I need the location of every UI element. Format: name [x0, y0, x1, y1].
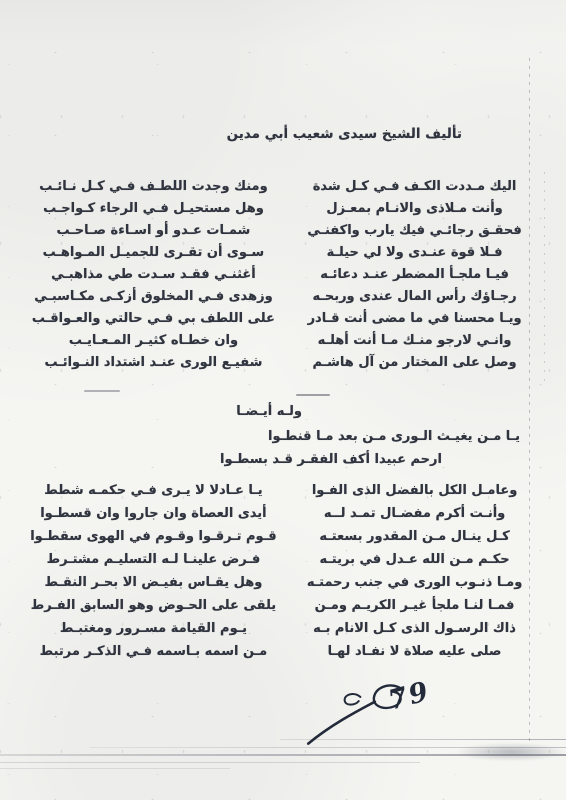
hemistich-first: فحقـق رجائـي فيك يارب واكفنـي	[289, 220, 540, 242]
scan-streak	[0, 768, 230, 769]
hemistich-first: فمـا لنـا ملجأ غيـر الكريـم ومـن	[289, 594, 540, 617]
hemistich-first: رجـاؤك رأس المال عندى وربحـه	[289, 286, 540, 308]
poem-2-opening-line-1: يـا مـن يغيـث الـورى مـن بعد مـا قنطـوا	[268, 429, 520, 444]
scan-edge-line	[529, 58, 530, 742]
hemistich-second: وهل يقـاس بفيـض الا بحـر النقـط	[28, 571, 279, 594]
scan-streak	[0, 762, 420, 763]
hemistich-first: اليك مـددت الكـف فـي كـل شدة	[289, 176, 540, 198]
attribution-title: تأليف الشيخ سيدى شعيب أبي مدين	[227, 126, 462, 142]
verse-row: وانـي لارجو منـك مـا أنت أهلـهوان خطـاه …	[28, 330, 540, 352]
separator-dash	[84, 390, 120, 392]
verse-row: فحقـق رجائـي فيك يارب واكفنـيشمـات عـدو …	[28, 220, 540, 242]
verse-row: فمـا لنـا ملجأ غيـر الكريـم ومـنيلقى على…	[28, 594, 540, 617]
verse-row: حكـم مـن الله عـدل في بريتـهفـرض علينـا …	[28, 548, 540, 571]
poem-1: اليك مـددت الكـف فـي كـل شدةومنك وجدت ال…	[28, 176, 540, 374]
verse-row: رجـاؤك رأس المال عندى وربحـهوزهدى فـي ال…	[28, 286, 540, 308]
hemistich-first: ومـا ذنـوب الورى في جنب رحمتـه	[289, 571, 540, 594]
hemistich-second: أيدى العصاة وان جاروا وان قسطـوا	[28, 502, 279, 525]
verse-row: وأنـت أكرم مفضـال تمـد لــهأيدى العصاة و…	[28, 502, 540, 525]
hemistich-second: يـوم القيامة مسـرور ومغتبـط	[28, 617, 279, 640]
verse-row: وصل على المختار من آل هاشـمشفيـع الورى ع…	[28, 352, 540, 374]
hemistich-first: فيـا ملجـأ المضطر عنـد دعائـه	[289, 264, 540, 286]
hemistich-first: ويـا محسنا في ما مضى أنت قـادر	[289, 308, 540, 330]
section-heading: ولـه أيـضـا	[236, 404, 302, 419]
hemistich-second: وهل مستحيـل فـي الرجاء كـواجـب	[28, 198, 279, 220]
verse-row: صلى عليه صلاة لا نفـاد لهـامـن اسمه بـاس…	[28, 640, 540, 663]
hemistich-second: ومنك وجدت اللطـف فـي كـل نـائـب	[28, 176, 279, 198]
hemistich-second: شمـات عـدو أو اسـاءة صـاحـب	[28, 220, 279, 242]
hemistich-second: على اللطف بي فـي حالتي والعـواقـب	[28, 308, 279, 330]
verse-row: فيـا ملجـأ المضطر عنـد دعائـهأغثنـي فقـد…	[28, 264, 540, 286]
hemistich-first: وأنت مـلاذى والانـام بمعـزل	[289, 198, 540, 220]
hemistich-second: شفيـع الورى عنـد اشتداد النـوائـب	[28, 352, 279, 374]
verse-row: ذاك الرسـول الذى كـل الانام بـهيـوم القي…	[28, 617, 540, 640]
hemistich-first: صلى عليه صلاة لا نفـاد لهـا	[289, 640, 540, 663]
poem-2-opening-line-2: ارحم عبيدا أكف الفقـر قـد بسطـوا	[220, 452, 442, 467]
scanned-page: تأليف الشيخ سيدى شعيب أبي مدين اليك مـدد…	[0, 0, 566, 800]
hemistich-second: مـن اسمه بـاسمه فـي الذكـر مرتبط	[28, 640, 279, 663]
hemistich-second: قـوم تـرقـوا وقـوم في الهوى سقطـوا	[28, 525, 279, 548]
hemistich-second: سـوى أن تقـرى للجميـل المـواهـب	[28, 242, 279, 264]
hemistich-first: فـلا قوة عنـدى ولا لي حيلـة	[289, 242, 540, 264]
verse-row: ويـا محسنا في ما مضى أنت قـادرعلى اللطف …	[28, 308, 540, 330]
hemistich-second: وزهدى فـي المخلوق أزكـى مكـاسبـي	[28, 286, 279, 308]
scan-smudge	[456, 743, 566, 761]
poem-2: وعامـل الكل بالفضل الذى الفـوايـا عـادلا…	[28, 479, 540, 663]
verse-row: كـل ينـال مـن المقدور بسعتـهقـوم تـرقـوا…	[28, 525, 540, 548]
hemistich-first: وعامـل الكل بالفضل الذى الفـوا	[289, 479, 540, 502]
hemistich-first: ذاك الرسـول الذى كـل الانام بـه	[289, 617, 540, 640]
verse-row: ومـا ذنـوب الورى في جنب رحمتـهوهل يقـاس …	[28, 571, 540, 594]
verse-row: وأنت مـلاذى والانـام بمعـزلوهل مستحيـل ف…	[28, 198, 540, 220]
hemistich-second: يـا عـادلا لا يـرى فـي حكمـه شطط	[28, 479, 279, 502]
hemistich-first: وأنـت أكرم مفضـال تمـد لــه	[289, 502, 540, 525]
hemistich-second: أغثنـي فقـد سـدت طي مذاهبـي	[28, 264, 279, 286]
hemistich-second: يلقى على الحـوض وهو السابق الفـرط	[28, 594, 279, 617]
scan-bottom-streaks	[0, 735, 566, 800]
verse-row: فـلا قوة عنـدى ولا لي حيلـةسـوى أن تقـرى…	[28, 242, 540, 264]
hemistich-second: وان خطـاه كثيـر المـعـايـب	[28, 330, 279, 352]
hemistich-second: فـرض علينـا لـه التسليـم مشتـرط	[28, 548, 279, 571]
hemistich-first: كـل ينـال مـن المقدور بسعتـه	[289, 525, 540, 548]
verse-row: وعامـل الكل بالفضل الذى الفـوايـا عـادلا…	[28, 479, 540, 502]
hemistich-first: حكـم مـن الله عـدل في بريتـه	[289, 548, 540, 571]
verse-row: اليك مـددت الكـف فـي كـل شدةومنك وجدت ال…	[28, 176, 540, 198]
handwritten-annotation: 79	[289, 675, 454, 755]
scan-streak	[0, 754, 566, 756]
scan-noise	[0, 0, 566, 800]
hemistich-first: وصل على المختار من آل هاشـم	[289, 352, 540, 374]
scan-edge-line-faint	[544, 172, 545, 387]
hemistich-first: وانـي لارجو منـك مـا أنت أهلـه	[289, 330, 540, 352]
separator-dash	[296, 394, 330, 396]
